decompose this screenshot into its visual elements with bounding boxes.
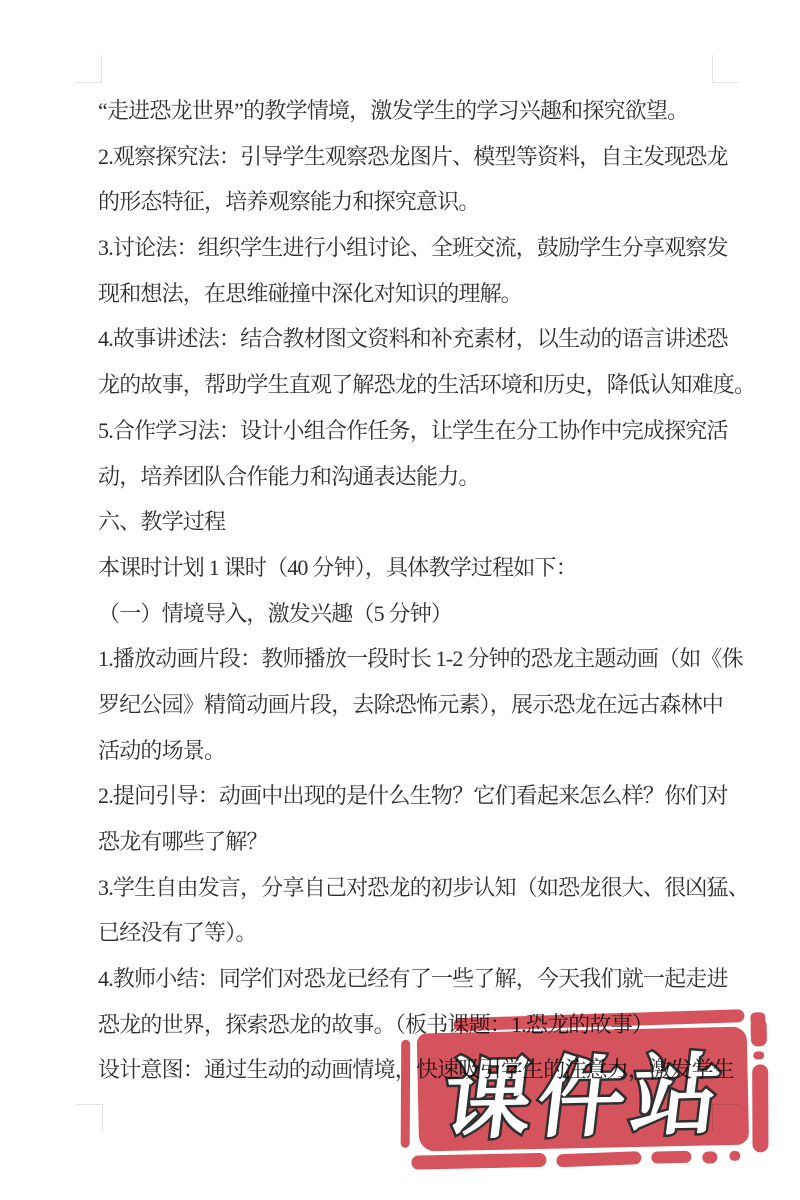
text-line: 活动的场景。 [98,728,758,774]
text-line: 3.学生自由发言，分享自己对恐龙的初步认知（如恐龙很大、很凶猛、 [98,865,758,911]
text-line: 2.观察探究法：引导学生观察恐龙图片、模型等资料，自主发现恐龙 [98,134,758,180]
text-line: 4.故事讲述法：结合教材图文资料和补充素材，以生动的语言讲述恐 [98,316,758,362]
text-line: 现和想法，在思维碰撞中深化对知识的理解。 [98,271,758,317]
text-line: 3.讨论法：组织学生进行小组讨论、全班交流，鼓励学生分享观察发 [98,225,758,271]
text-line: （一）情境导入，激发兴趣（5 分钟） [98,591,758,637]
text-line: 本课时计划 1 课时（40 分钟），具体教学过程如下： [98,545,758,591]
text-line: 恐龙的世界，探索恐龙的故事。（板书课题：1.恐龙的故事） [98,1002,758,1048]
document-body: “走进恐龙世界”的教学情境，激发学生的学习兴趣和探究欲望。2.观察探究法：引导学… [98,88,758,1093]
text-line: 罗纪公园》精简动画片段，去除恐怖元素），展示恐龙在远古森林中 [98,682,758,728]
stamp-border-bottom [651,1151,691,1164]
text-line: 5.合作学习法：设计小组合作任务，让学生在分工协作中完成探究活 [98,408,758,454]
text-boundary-mark-top-left [75,55,102,83]
text-boundary-mark-bottom-left [76,1104,103,1132]
text-line: 恐龙有哪些了解？ [98,819,758,865]
text-line: 2.提问引导：动画中出现的是什么生物？它们看起来怎么样？你们对 [98,773,758,819]
text-line: 的形态特征，培养观察能力和探究意识。 [98,179,758,225]
stamp-border-bottom [411,1153,546,1170]
text-line: 动，培养团队合作能力和沟通表达能力。 [98,454,758,500]
stamp-border-dot [729,1151,740,1161]
text-boundary-mark-bottom-right [712,1104,739,1132]
text-line: 六、教学过程 [98,499,758,545]
text-line: 4.教师小结：同学们对恐龙已经有了一些了解，今天我们就一起走进 [98,956,758,1002]
text-line: “走进恐龙世界”的教学情境，激发学生的学习兴趣和探究欲望。 [98,88,758,134]
stamp-border-bottom [556,1151,641,1167]
text-line: 已经没有了等）。 [98,910,758,956]
text-line: 设计意图：通过生动的动画情境，快速吸引学生的注意力，激发学生 [98,1047,758,1093]
text-line: 1.播放动画片段：教师播放一段时长 1-2 分钟的恐龙主题动画（如《侏 [98,636,758,682]
text-line: 龙的故事，帮助学生直观了解恐龙的生活环境和历史，降低认知难度。 [98,362,758,408]
text-boundary-mark-top-right [712,55,739,83]
stamp-border-dot [702,1151,717,1163]
document-page: “走进恐龙世界”的教学情境，激发学生的学习兴趣和探究欲望。2.观察探究法：引导学… [0,0,800,1200]
